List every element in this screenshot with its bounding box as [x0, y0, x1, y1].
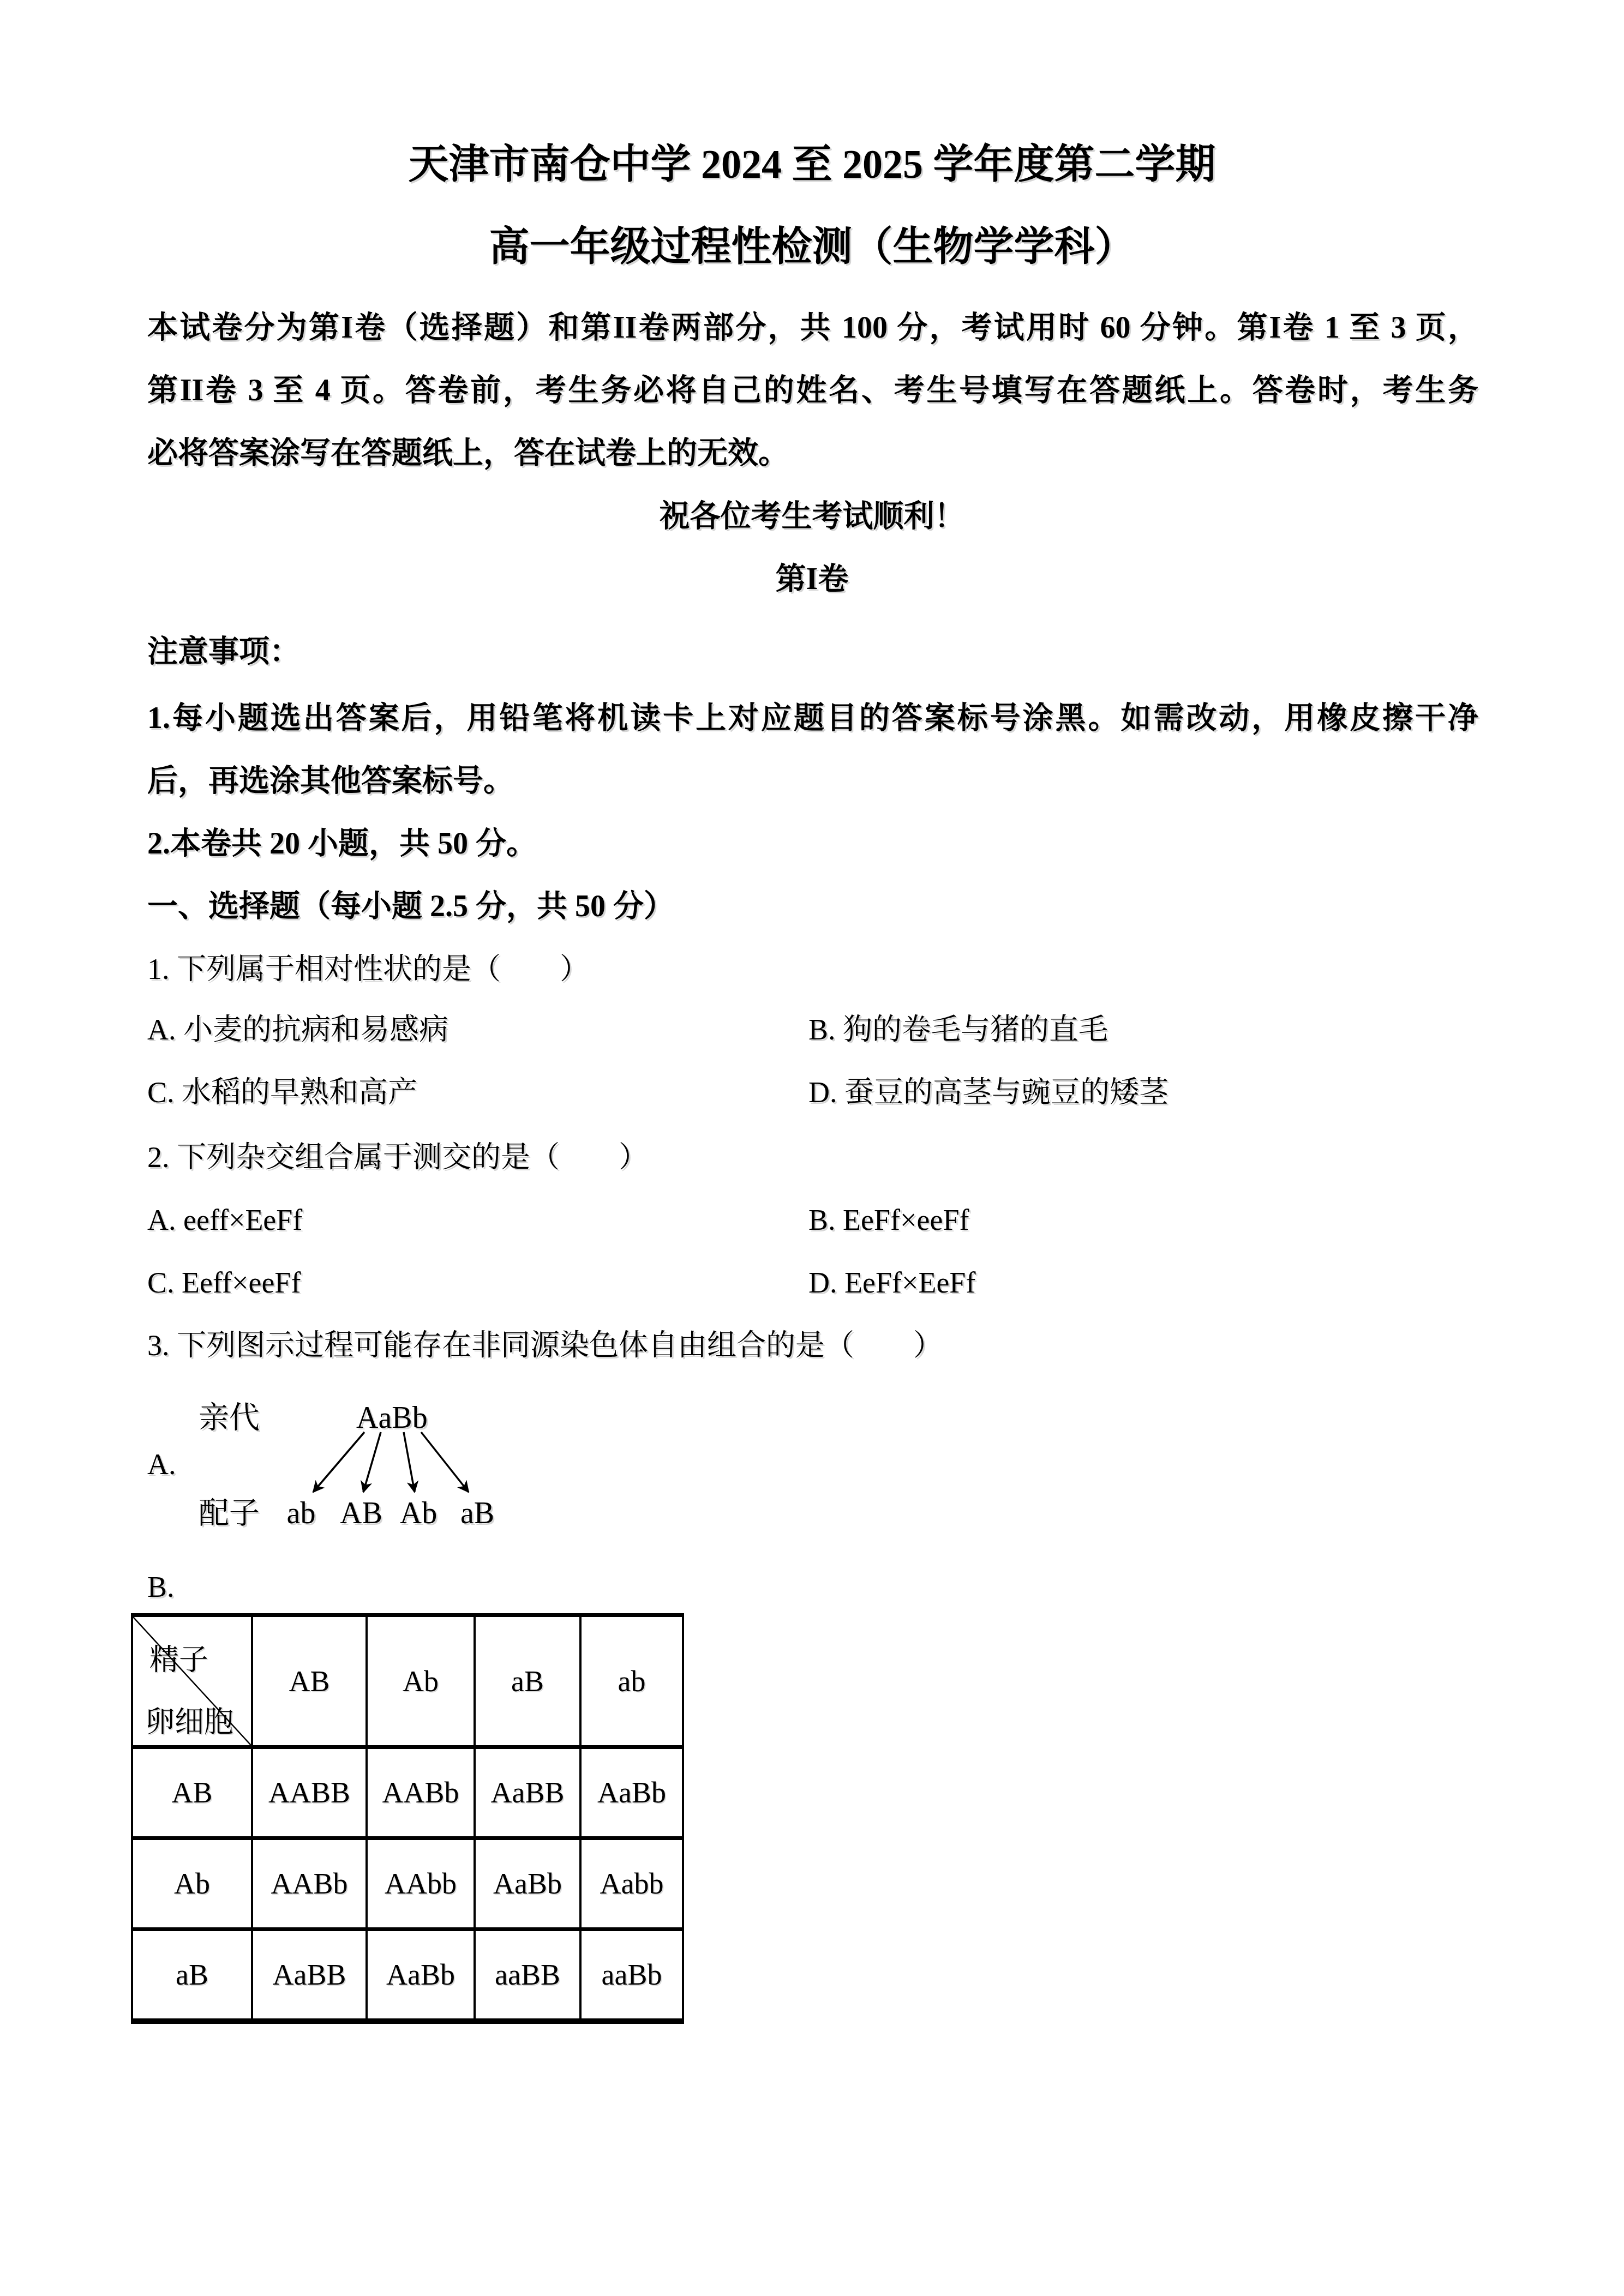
arrow-to-AB: [363, 1432, 381, 1492]
punnett-row-header: Ab: [132, 1838, 252, 1930]
note-item-1-line-2: 后，再选涂其他答案标号。: [147, 750, 1478, 813]
punnett-table: 精子 卵细胞 AB Ab aB ab AB AABB AABb AaBB AaB…: [131, 1613, 684, 2024]
arrow-to-Ab: [404, 1432, 415, 1492]
q1-options-row-2: C. 水稻的早熟和高产 D. 蚕豆的高茎与豌豆的矮茎: [147, 1061, 1478, 1124]
punnett-cell: AaBB: [252, 1930, 367, 2022]
preamble-line-3: 必将答案涂写在答题纸上，答在试卷上的无效。: [147, 422, 1478, 485]
gamete-AB: AB: [331, 1492, 391, 1535]
question-3-stem: 3. 下列图示过程可能存在非同源染色体自由组合的是（ ）: [147, 1314, 943, 1377]
punnett-cell: AaBb: [475, 1838, 580, 1930]
punnett-cell: aaBb: [580, 1930, 683, 2022]
preamble-line-1: 本试卷分为第I卷（选择题）和第II卷两部分，共 100 分，考试用时 60 分钟…: [147, 297, 1478, 359]
question-2-stem: 2. 下列杂交组合属于测交的是（ ）: [147, 1126, 648, 1189]
question-1-stem: 1. 下列属于相对性状的是（ ）: [147, 938, 589, 1001]
punnett-row-AB: AB AABB AABb AaBB AaBb: [132, 1747, 683, 1838]
punnett-col-header: AB: [252, 1615, 367, 1747]
punnett-row-header: aB: [132, 1930, 252, 2022]
punnett-cell: AaBB: [475, 1747, 580, 1838]
punnett-row-Ab: Ab AABb AAbb AaBb Aabb: [132, 1838, 683, 1930]
punnett-col-header: aB: [475, 1615, 580, 1747]
q1-option-a: A. 小麦的抗病和易感病: [147, 999, 448, 1061]
gamete-ab: ab: [271, 1492, 331, 1535]
section-heading: 一、选择题（每小题 2.5 分，共 50 分）: [147, 875, 674, 938]
q1-option-d: D. 蚕豆的高茎与豌豆的矮茎: [808, 1061, 1168, 1124]
punnett-corner-cell: 精子 卵细胞: [132, 1615, 252, 1747]
q2-option-c: C. Eeff×eeFf: [147, 1252, 301, 1314]
punnett-col-header: ab: [580, 1615, 683, 1747]
diagram-a-parent-label: 亲代: [199, 1396, 260, 1440]
arrow-to-aB: [421, 1432, 469, 1492]
note-item-2: 2.本卷共 20 小题，共 50 分。: [147, 813, 537, 875]
q1-option-c: C. 水稻的早熟和高产: [147, 1061, 417, 1124]
q3-option-b-label: B.: [147, 1565, 175, 1609]
punnett-header-row: 精子 卵细胞 AB Ab aB ab: [132, 1615, 683, 1747]
punnett-col-header: Ab: [367, 1615, 475, 1747]
q3-option-a-label: A.: [147, 1442, 176, 1486]
q2-option-d: D. EeFf×EeFf: [808, 1252, 975, 1314]
part-one-title: 第I卷: [0, 548, 1624, 611]
exam-wish: 祝各位考生考试顺利！: [0, 485, 1624, 548]
diagram-a-gametes-label: 配子: [199, 1492, 260, 1535]
punnett-row-header: AB: [132, 1747, 252, 1838]
punnett-cell: AaBb: [367, 1930, 475, 2022]
q1-option-b: B. 狗的卷毛与猪的直毛: [808, 999, 1108, 1061]
preamble-line-2: 第II卷 3 至 4 页。答卷前，考生务必将自己的姓名、考生号填写在答题纸上。答…: [147, 359, 1478, 422]
punnett-cell: Aabb: [580, 1838, 683, 1930]
q2-option-a: A. eeff×EeFf: [147, 1189, 302, 1252]
gamete-Ab: Ab: [388, 1492, 448, 1535]
q1-options-row-1: A. 小麦的抗病和易感病 B. 狗的卷毛与猪的直毛: [147, 999, 1478, 1061]
q2-options-row-2: C. Eeff×eeFf D. EeFf×EeFf: [147, 1252, 1478, 1314]
notes-heading: 注意事项：: [147, 621, 300, 683]
corner-diagonal-line: [133, 1617, 251, 1745]
exam-subtitle: 高一年级过程性检测（生物学学科）: [0, 223, 1624, 272]
gamete-aB: aB: [447, 1492, 507, 1535]
exam-title: 天津市南仓中学 2024 至 2025 学年度第二学期: [0, 140, 1624, 189]
arrow-to-ab: [313, 1432, 364, 1492]
punnett-cell: aaBB: [475, 1930, 580, 2022]
q2-option-b: B. EeFf×eeFf: [808, 1189, 969, 1252]
preamble: 本试卷分为第I卷（选择题）和第II卷两部分，共 100 分，考试用时 60 分钟…: [147, 297, 1478, 485]
punnett-cell: AABb: [252, 1838, 367, 1930]
note-item-1-line-1: 1.每小题选出答案后，用铅笔将机读卡上对应题目的答案标号涂黑。如需改动，用橡皮擦…: [147, 687, 1478, 750]
punnett-cell: AABb: [367, 1747, 475, 1838]
punnett-row-aB: aB AaBB AaBb aaBB aaBb: [132, 1930, 683, 2022]
gamete-arrows: [305, 1430, 480, 1498]
punnett-cell: AaBb: [580, 1747, 683, 1838]
punnett-cell: AABB: [252, 1747, 367, 1838]
q2-options-row-1: A. eeff×EeFf B. EeFf×eeFf: [147, 1189, 1478, 1252]
punnett-cell: AAbb: [367, 1838, 475, 1930]
note-item-1: 1.每小题选出答案后，用铅笔将机读卡上对应题目的答案标号涂黑。如需改动，用橡皮擦…: [147, 687, 1478, 813]
exam-page: 天津市南仓中学 2024 至 2025 学年度第二学期 高一年级过程性检测（生物…: [0, 0, 1624, 2296]
